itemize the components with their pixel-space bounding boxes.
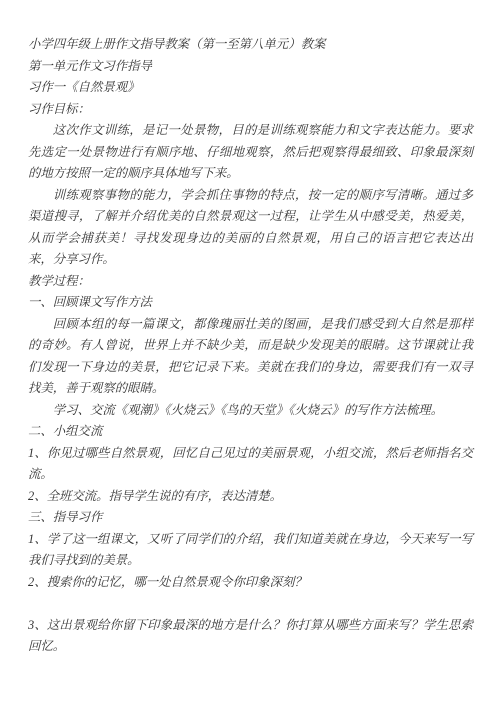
section-1-heading: 一、回顾课文写作方法 <box>28 292 473 314</box>
section-1-paragraph: 回顾本组的每一篇课文，都像瑰丽壮美的图画，是我们感受到大自然是那样的奇妙。有人曾… <box>28 314 473 400</box>
section-3-item-2: 2、搜索你的记忆，哪一处自然景观令你印象深刻？ <box>28 572 473 594</box>
goals-paragraph-2: 训练观察事物的能力，学会抓住事物的特点，按一定的顺序写清晰。通过多渠道搜寻，了解… <box>28 185 473 271</box>
section-2-item-1: 1、你见过哪些自然景观，回忆自己见过的美丽景观，小组交流，然后老师指名交流。 <box>28 443 473 486</box>
process-label: 教学过程： <box>28 271 473 293</box>
section-2-item-2: 2、全班交流。指导学生说的有序，表达清楚。 <box>28 486 473 508</box>
blank-line <box>28 593 473 615</box>
doc-title: 小学四年级上册作文指导教案（第一至第八单元）教案 <box>28 34 473 56</box>
section-3-item-3: 3、这出景观给你留下印象最深的地方是什么？你打算从哪些方面来写？学生思索回忆。 <box>28 615 473 658</box>
section-3-item-1: 1、学了这一组课文，又听了同学们的介绍，我们知道美就在身边，今天来写一写我们寻找… <box>28 529 473 572</box>
document-page: 小学四年级上册作文指导教案（第一至第八单元）教案 第一单元作文习作指导 习作一《… <box>0 0 500 708</box>
section-3-heading: 三、指导习作 <box>28 507 473 529</box>
section-1-study-line: 学习、交流《观潮》《火烧云》《鸟的天堂》《火烧云》的写作方法梳理。 <box>28 400 473 422</box>
section-2-heading: 二、小组交流 <box>28 421 473 443</box>
goals-label: 习作目标： <box>28 99 473 121</box>
goals-paragraph-1: 这次作文训练，是记一处景物，目的是训练观察能力和文字表达能力。要求先选定一处景物… <box>28 120 473 185</box>
unit-heading: 第一单元作文习作指导 <box>28 56 473 78</box>
exercise-title: 习作一《自然景观》 <box>28 77 473 99</box>
